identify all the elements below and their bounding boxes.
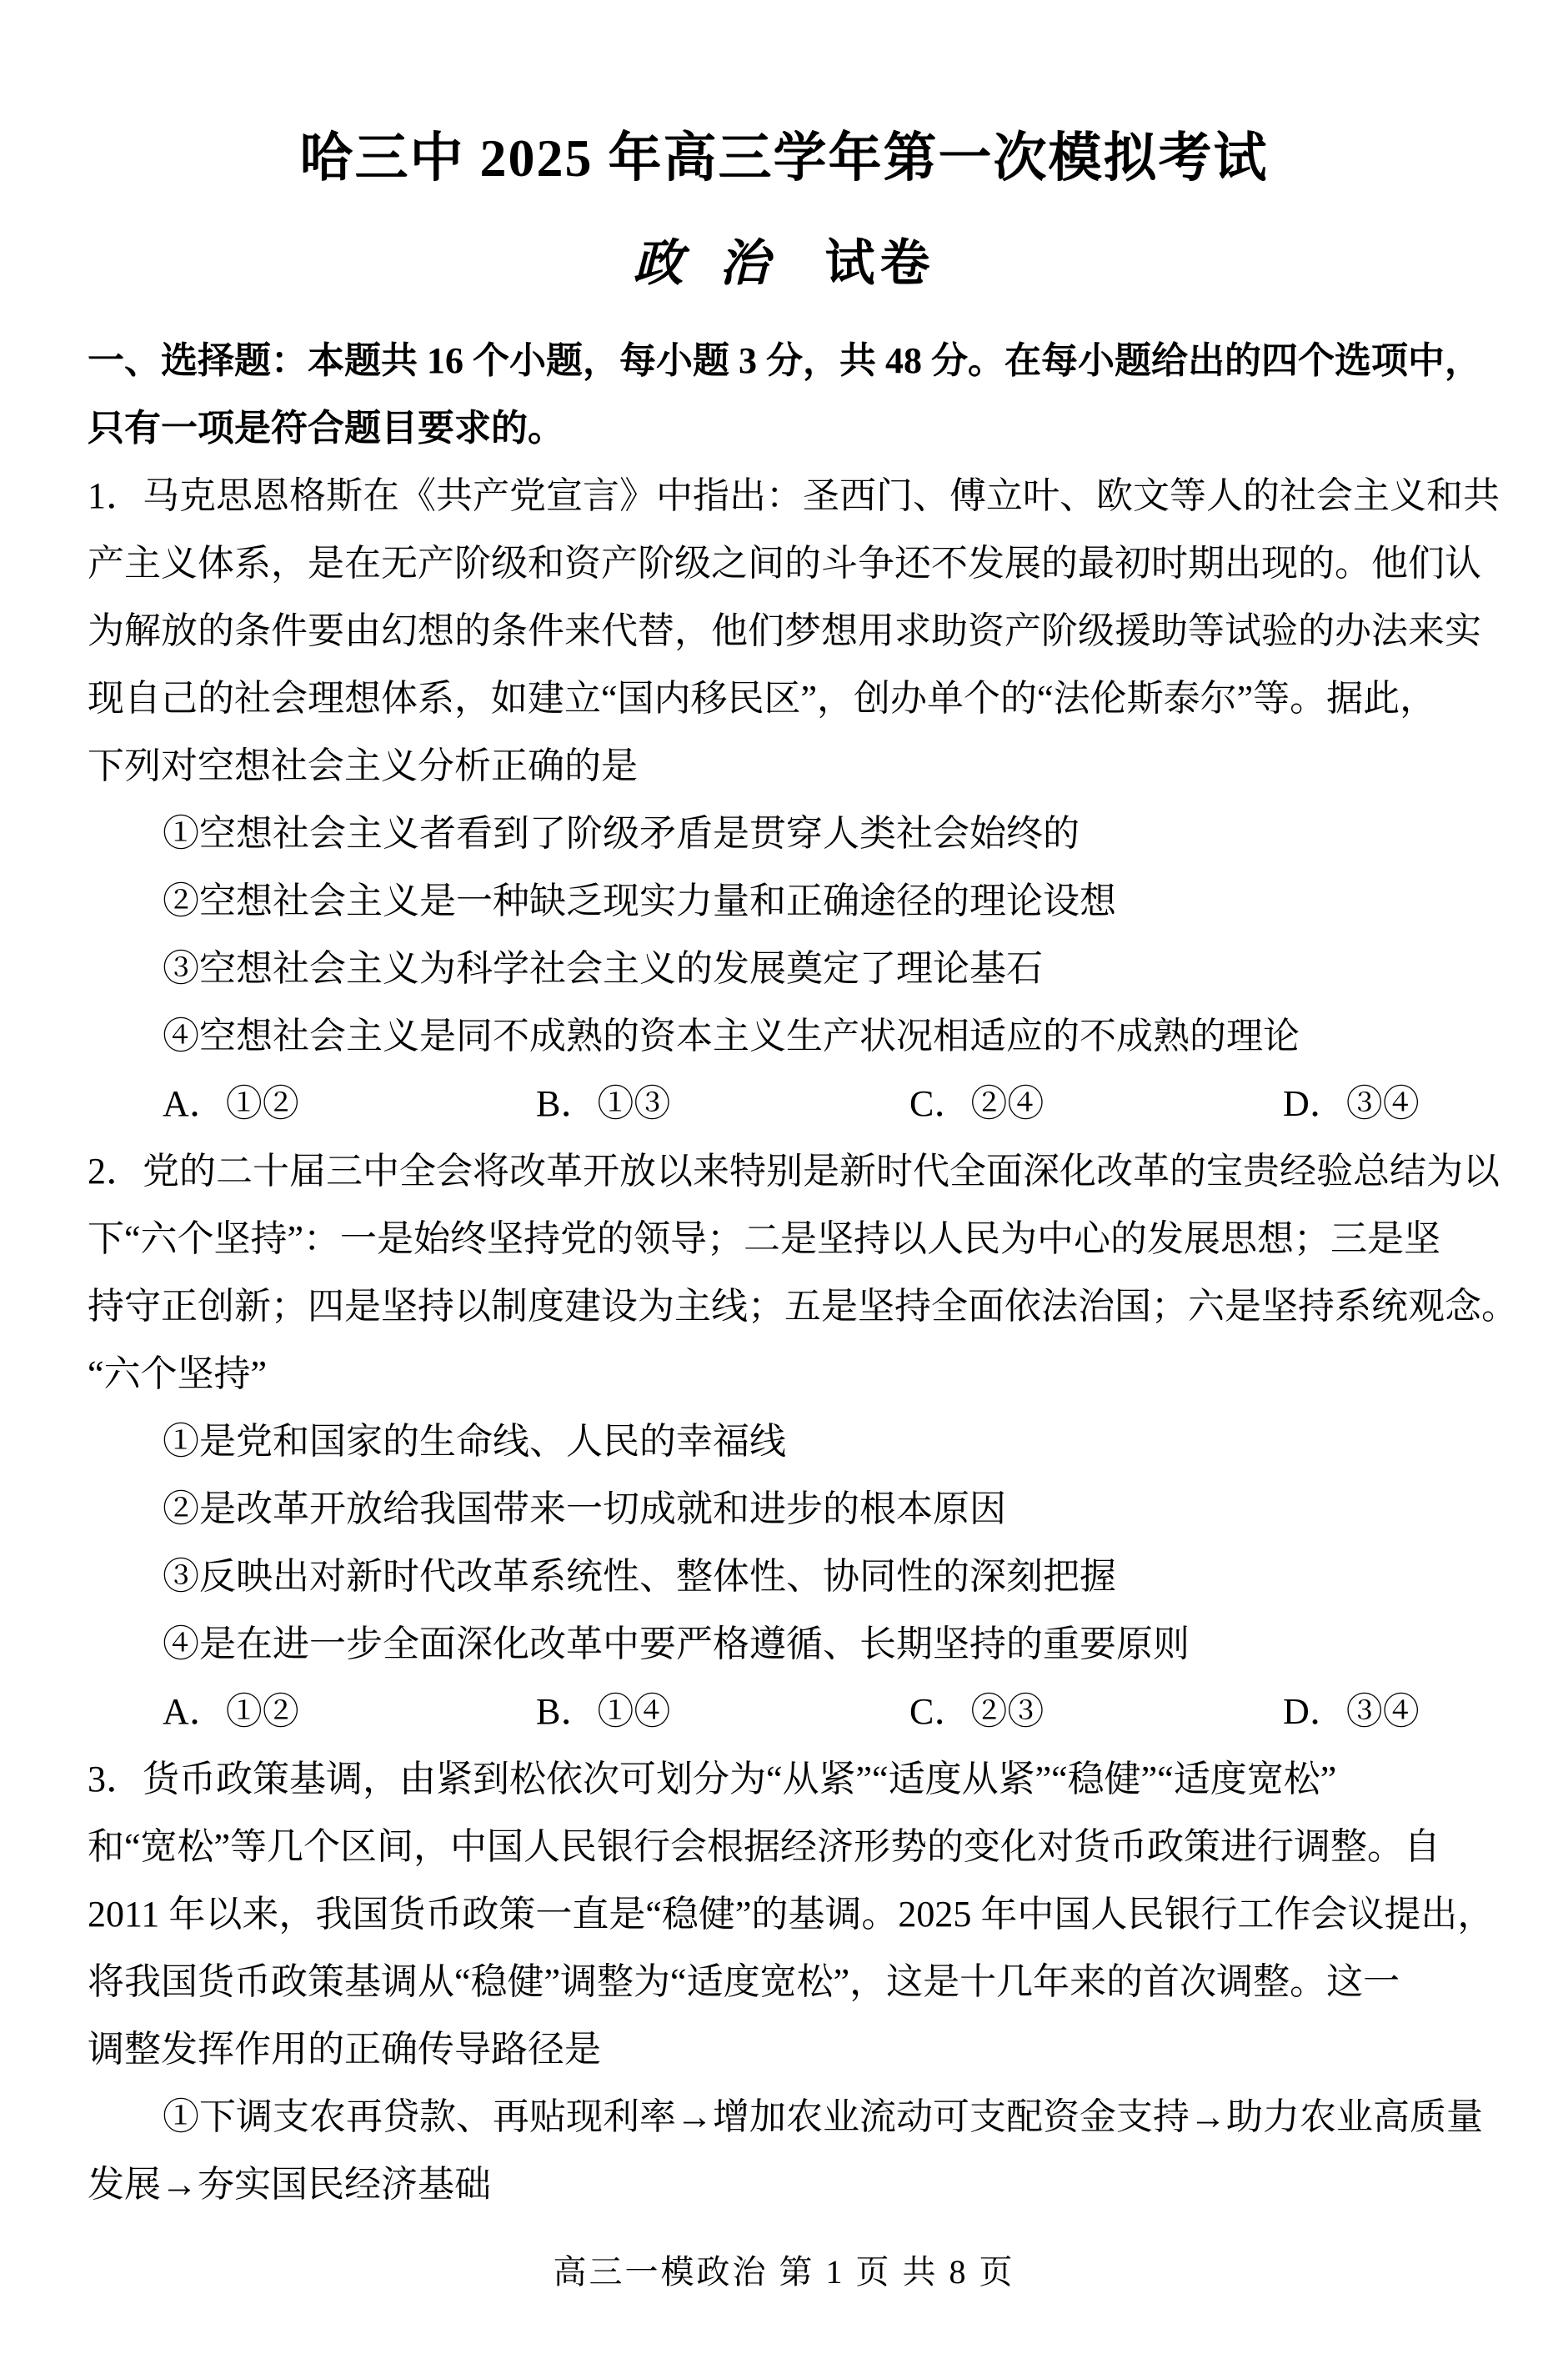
subject-name: 政 治 xyxy=(634,236,781,291)
question-3-statement-1-continued: 发展→夯实国民经济基础 xyxy=(88,2151,1505,2218)
question-1-statement-1: ①空想社会主义者看到了阶级矛盾是贯穿人类社会始终的 xyxy=(88,800,1505,867)
question-3-stem-line: 调整发挥作用的正确传导路径是 xyxy=(88,2015,1505,2083)
choice-c: C．②④ xyxy=(909,1070,1283,1137)
choice-d: D．③④ xyxy=(1283,1678,1420,1745)
question-2-statement-4: ④是在进一步全面深化改革中要严格遵循、长期坚持的重要原则 xyxy=(88,1610,1505,1678)
question-2-statement-1: ①是党和国家的生命线、人民的幸福线 xyxy=(88,1408,1505,1475)
exam-body: 一、选择题：本题共 16 个小题，每小题 3 分，共 48 分。在每小题给出的四… xyxy=(88,327,1505,2218)
paper-label: 试卷 xyxy=(825,236,935,291)
question-1-stem-line: 产主义体系，是在无产阶级和资产阶级之间的斗争还不发展的最初时期出现的。他们认 xyxy=(88,530,1505,597)
question-1-statement-3: ③空想社会主义为科学社会主义的发展奠定了理论基石 xyxy=(88,935,1505,1002)
question-2-stem-line: “六个坚持” xyxy=(88,1340,1505,1408)
question-1-stem-line: 为解放的条件要由幻想的条件来代替，他们梦想用求助资产阶级援助等试验的办法来实 xyxy=(88,597,1505,665)
choice-d: D．③④ xyxy=(1283,1070,1420,1137)
question-1-choices: A．①② B．①③ C．②④ D．③④ xyxy=(88,1070,1505,1137)
question-3-stem-line: 和“宽松”等几个区间，中国人民银行会根据经济形势的变化对货币政策进行调整。自 xyxy=(88,1813,1505,1880)
exam-subtitle: 政 治 试卷 xyxy=(0,230,1568,297)
page-footer: 高三一模政治 第 1 页 共 8 页 xyxy=(0,2249,1568,2296)
question-2-choices: A．①② B．①④ C．②③ D．③④ xyxy=(88,1678,1505,1745)
exam-paper-page: 哈三中 2025 年高三学年第一次模拟考试 政 治 试卷 一、选择题：本题共 1… xyxy=(0,0,1568,2369)
choice-a: A．①② xyxy=(163,1070,536,1137)
question-2-statement-3: ③反映出对新时代改革系统性、整体性、协同性的深刻把握 xyxy=(88,1543,1505,1610)
question-1-stem-line: 1．马克思恩格斯在《共产党宣言》中指出：圣西门、傅立叶、欧文等人的社会主义和共 xyxy=(88,462,1505,530)
question-2-stem-line: 2．党的二十届三中全会将改革开放以来特别是新时代全面深化改革的宝贵经验总结为以 xyxy=(88,1137,1505,1205)
choice-b: B．①④ xyxy=(536,1678,909,1745)
choice-a: A．①② xyxy=(163,1678,536,1745)
section-intro-line: 只有一项是符合题目要求的。 xyxy=(88,394,1505,462)
question-3-stem-line: 3．货币政策基调，由紧到松依次可划分为“从紧”“适度从紧”“稳健”“适度宽松” xyxy=(88,1745,1505,1813)
question-2-stem-line: 持守正创新；四是坚持以制度建设为主线；五是坚持全面依法治国；六是坚持系统观念。 xyxy=(88,1272,1505,1340)
question-2-stem-line: 下“六个坚持”：一是始终坚持党的领导；二是坚持以人民为中心的发展思想；三是坚 xyxy=(88,1205,1505,1272)
question-3-stem-line: 2011 年以来，我国货币政策一直是“稳健”的基调。2025 年中国人民银行工作… xyxy=(88,1880,1505,1948)
section-intro-line: 一、选择题：本题共 16 个小题，每小题 3 分，共 48 分。在每小题给出的四… xyxy=(88,327,1505,394)
question-1-stem-line: 下列对空想社会主义分析正确的是 xyxy=(88,732,1505,800)
question-1-statement-4: ④空想社会主义是同不成熟的资本主义生产状况相适应的不成熟的理论 xyxy=(88,1002,1505,1070)
page-title: 哈三中 2025 年高三学年第一次模拟考试 xyxy=(0,123,1568,193)
question-2-statement-2: ②是改革开放给我国带来一切成就和进步的根本原因 xyxy=(88,1475,1505,1543)
question-1-statement-2: ②空想社会主义是一种缺乏现实力量和正确途径的理论设想 xyxy=(88,867,1505,935)
question-1-stem-line: 现自己的社会理想体系，如建立“国内移民区”，创办单个的“法伦斯泰尔”等。据此， xyxy=(88,665,1505,732)
choice-b: B．①③ xyxy=(536,1070,909,1137)
question-3-stem-line: 将我国货币政策基调从“稳健”调整为“适度宽松”，这是十几年来的首次调整。这一 xyxy=(88,1948,1505,2015)
choice-c: C．②③ xyxy=(909,1678,1283,1745)
question-3-statement-1: ①下调支农再贷款、再贴现利率→增加农业流动可支配资金支持→助力农业高质量 xyxy=(88,2083,1505,2151)
